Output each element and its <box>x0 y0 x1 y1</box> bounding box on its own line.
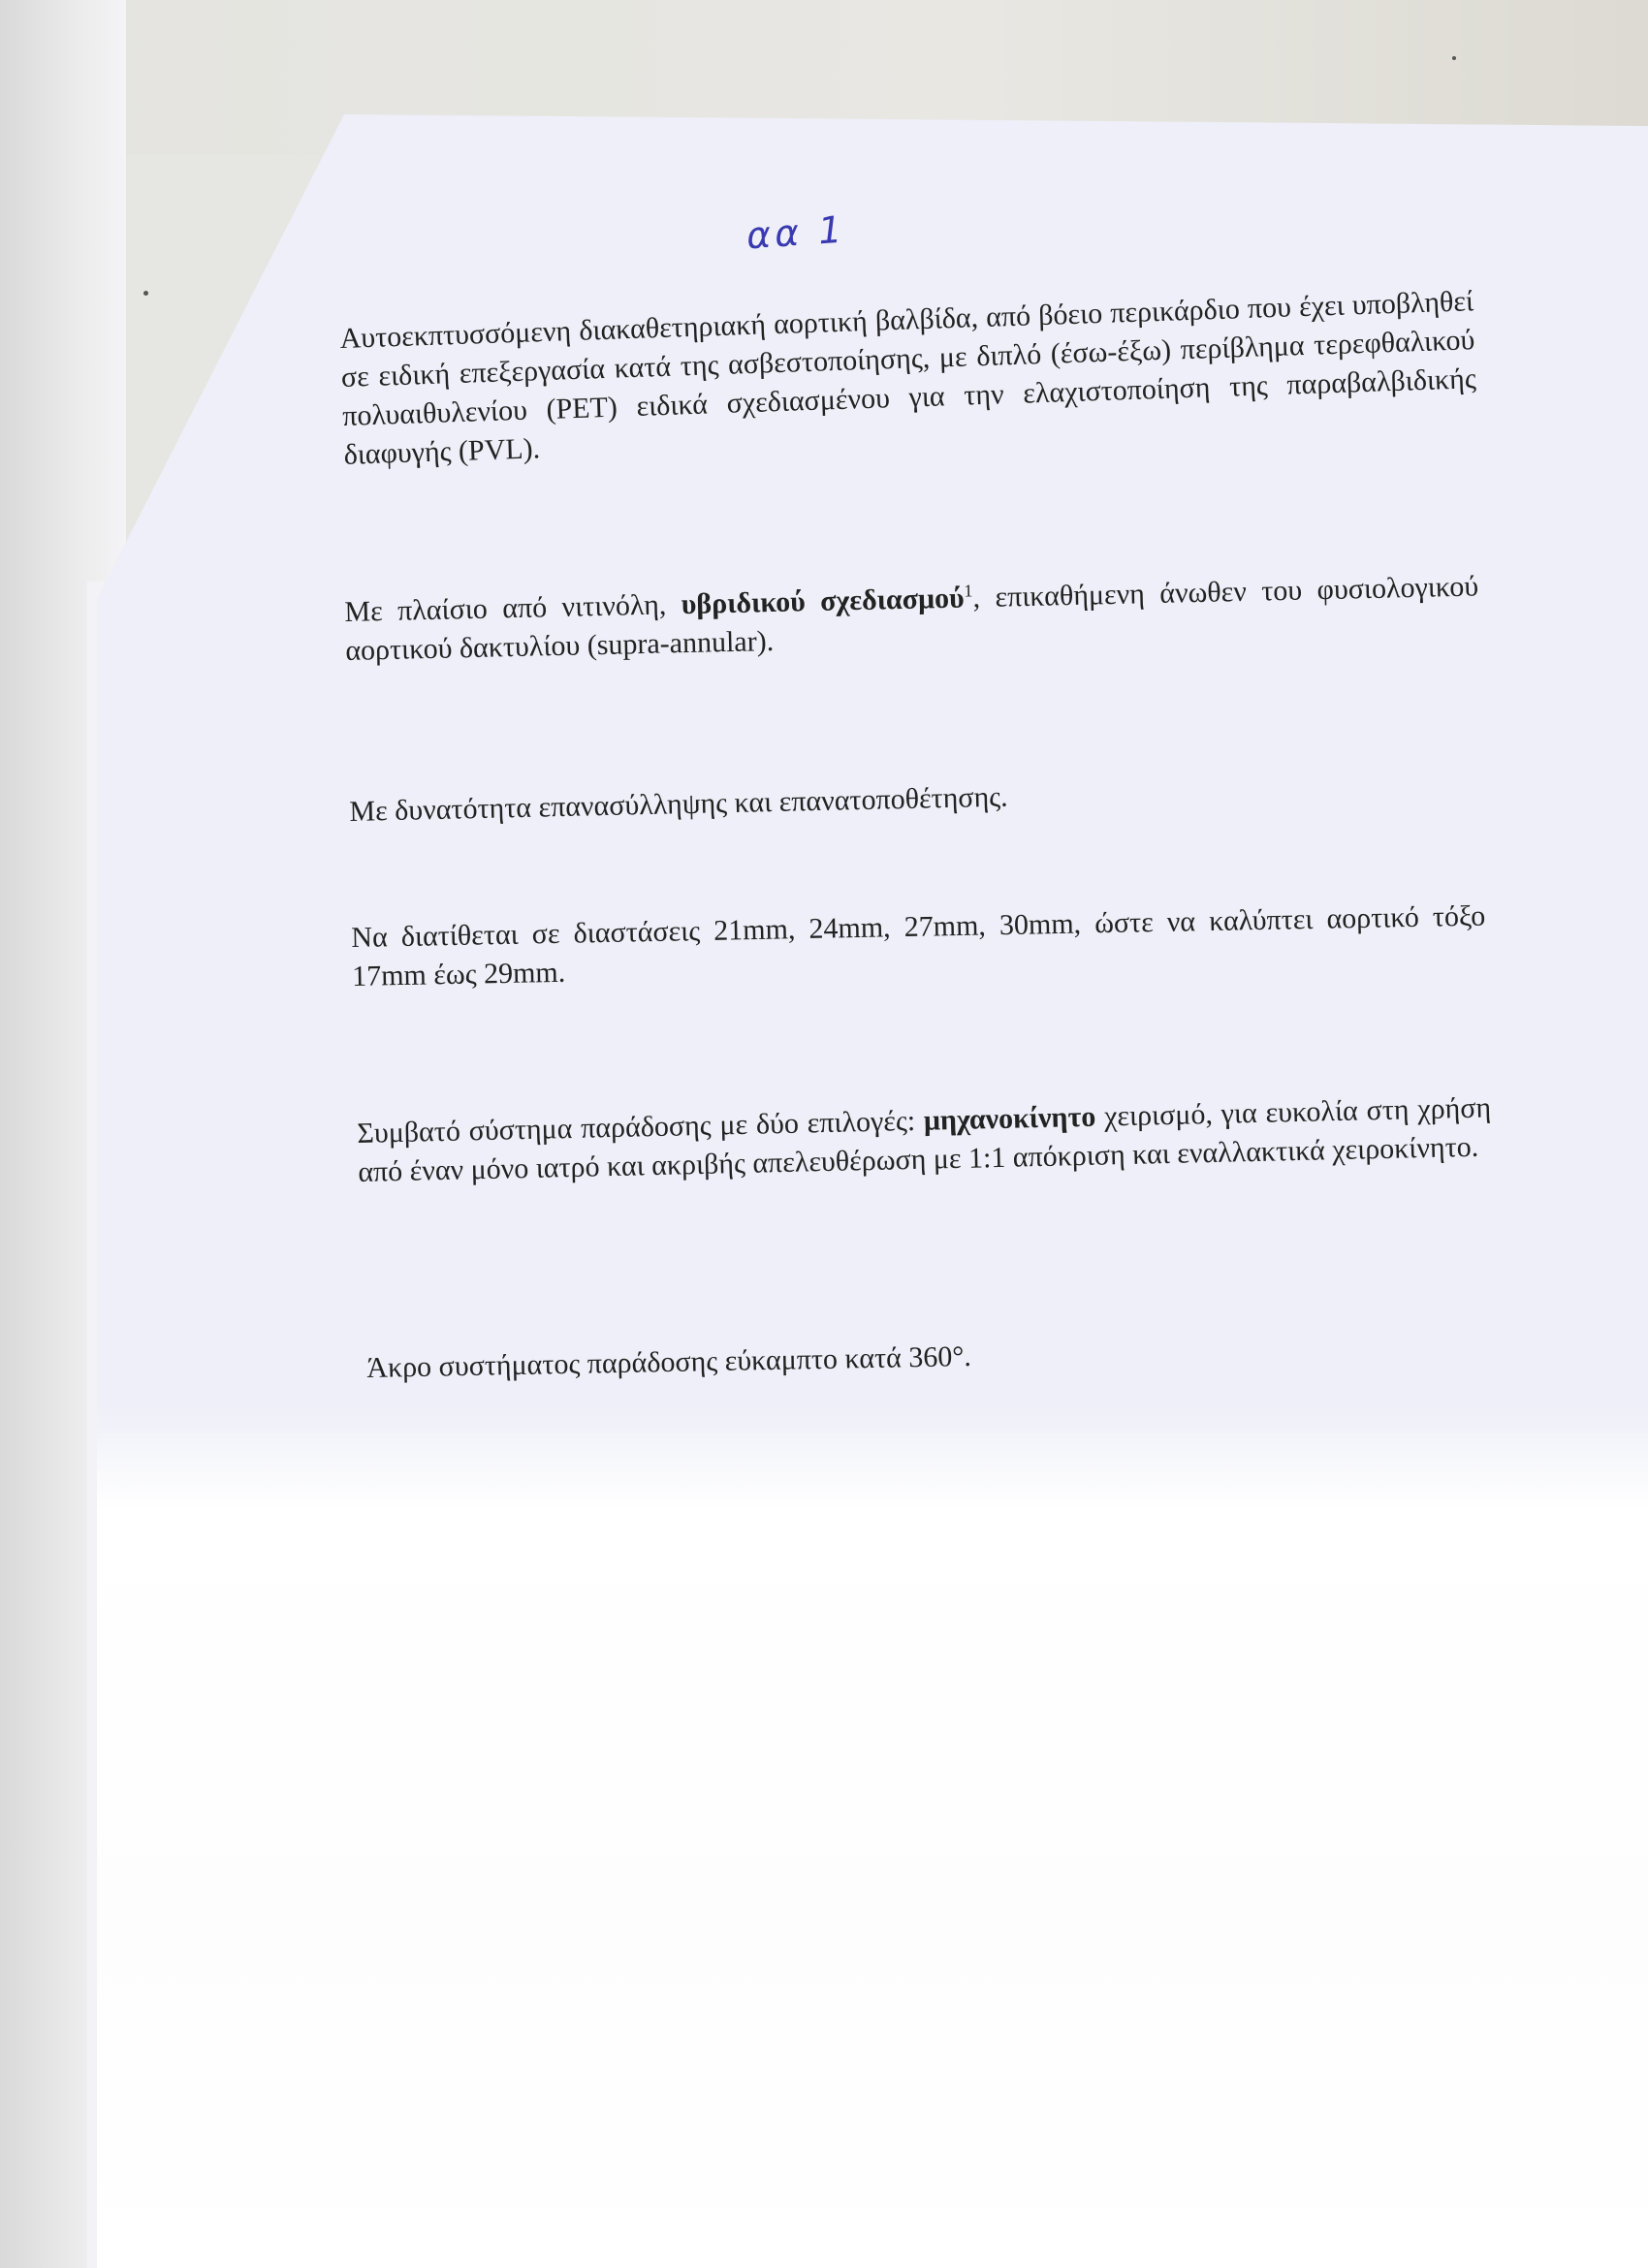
dust-speck <box>1452 56 1456 60</box>
dust-speck <box>143 291 148 296</box>
bold-term: μηχανοκίνητο <box>924 1101 1096 1137</box>
handwritten-note: αα 1 <box>745 207 847 257</box>
paragraph-text: Με πλαίσιο από νιτινόλη, <box>344 588 681 628</box>
bold-term: υβριδικού σχεδιασμού <box>681 582 965 620</box>
page-overexposed-area <box>97 1405 1648 2268</box>
paragraph-text: Άκρο συστήματος παράδοσης εύκαμπτο κατά … <box>366 1340 971 1384</box>
